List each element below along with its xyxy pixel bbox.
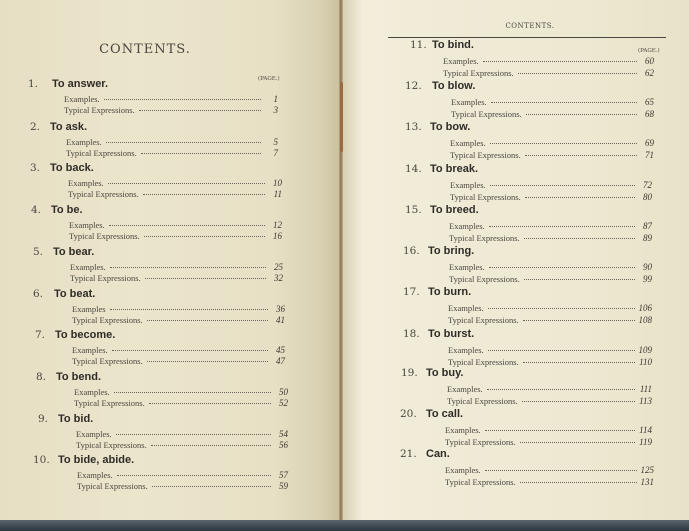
- examples-line[interactable]: Examples. 114: [445, 425, 652, 435]
- typical-expressions-line[interactable]: Typical Expressions. 108: [448, 315, 652, 325]
- examples-label: Examples.: [448, 303, 484, 313]
- typical-expressions-label: Typical Expressions.: [74, 398, 145, 408]
- entry-number: 19.: [401, 367, 426, 379]
- examples-label: Examples.: [443, 56, 479, 66]
- dot-leader: [117, 475, 271, 476]
- entry-number: 1.: [28, 78, 52, 90]
- entry-title[interactable]: To ask.: [50, 121, 87, 133]
- dot-leader: [149, 403, 271, 404]
- entry-number: 15.: [405, 204, 430, 216]
- examples-label: Examples.: [448, 345, 484, 355]
- dot-leader: [152, 486, 271, 487]
- entry-number: 17.: [403, 286, 428, 298]
- dot-leader: [106, 142, 261, 143]
- examples-line[interactable]: Examples. 60: [443, 56, 654, 66]
- typical-expressions-label: Typical Expressions.: [76, 440, 147, 450]
- entry-title[interactable]: To bind.: [432, 39, 474, 51]
- entry-number: 5.: [33, 246, 53, 258]
- dot-leader: [523, 362, 635, 363]
- typical-expressions-line[interactable]: Typical Expressions. 131: [445, 477, 654, 487]
- examples-line[interactable]: Examples. 87: [449, 221, 652, 231]
- dot-leader: [143, 194, 265, 195]
- examples-line[interactable]: Examples. 10: [68, 178, 282, 188]
- dot-leader: [483, 61, 637, 62]
- examples-label: Examples.: [450, 138, 486, 148]
- examples-label: Examples.: [445, 425, 481, 435]
- dot-leader: [526, 114, 637, 115]
- examples-page-number: 109: [638, 345, 652, 355]
- typical-expressions-page-number: 131: [640, 477, 654, 487]
- entry-title[interactable]: To beat.: [54, 288, 95, 300]
- dot-leader: [114, 392, 271, 393]
- typical-expressions-page-number: 56: [274, 440, 288, 450]
- typical-expressions-line[interactable]: Typical Expressions. 68: [451, 109, 654, 119]
- typical-expressions-line[interactable]: Typical Expressions. 71: [450, 150, 654, 160]
- entry-number: 6.: [33, 288, 54, 300]
- examples-label: Examples.: [68, 178, 104, 188]
- typical-expressions-line[interactable]: Typical Expressions. 62: [443, 68, 654, 78]
- typical-expressions-line[interactable]: Typical Expressions. 11: [68, 189, 282, 199]
- dot-leader: [110, 267, 266, 268]
- typical-expressions-line[interactable]: Typical Expressions. 56: [76, 440, 288, 450]
- typical-expressions-line[interactable]: Typical Expressions. 59: [77, 481, 288, 491]
- examples-page-number: 87: [638, 221, 652, 231]
- examples-line[interactable]: Examples. 106: [448, 303, 652, 313]
- entry-title[interactable]: To bear.: [53, 246, 94, 258]
- entry-title[interactable]: To become.: [55, 329, 115, 341]
- examples-page-number: 50: [274, 387, 288, 397]
- typical-expressions-line[interactable]: Typical Expressions. 99: [449, 274, 652, 284]
- examples-page-number: 90: [638, 262, 652, 272]
- dot-leader: [116, 434, 271, 435]
- typical-expressions-page-number: 108: [638, 315, 652, 325]
- toc-entry: 10. To bide, abide.: [33, 454, 134, 466]
- entry-title[interactable]: Can.: [426, 448, 450, 460]
- dot-leader: [145, 278, 266, 279]
- examples-line[interactable]: Examples 36: [72, 304, 285, 314]
- examples-page-number: 72: [638, 180, 652, 190]
- toc-entry: 5. To bear.: [33, 246, 94, 258]
- dot-leader: [147, 320, 268, 321]
- dot-leader: [524, 238, 635, 239]
- typical-expressions-page-number: 71: [640, 150, 654, 160]
- dot-leader: [141, 153, 261, 154]
- typical-expressions-label: Typical Expressions.: [449, 274, 520, 284]
- entry-title[interactable]: To burst.: [428, 328, 474, 340]
- entry-title[interactable]: To call.: [426, 408, 463, 420]
- examples-page-number: 111: [638, 384, 652, 394]
- running-header: CONTENTS.: [385, 22, 675, 30]
- toc-entry: 16. To bring.: [403, 245, 474, 257]
- dot-leader: [104, 99, 261, 100]
- dot-leader: [520, 442, 635, 443]
- examples-label: Examples.: [450, 180, 486, 190]
- examples-label: Examples.: [449, 262, 485, 272]
- examples-page-number: 5: [264, 137, 278, 147]
- examples-page-number: 1: [264, 94, 278, 104]
- dot-leader: [491, 102, 637, 103]
- examples-line[interactable]: Examples. 1: [64, 94, 278, 104]
- examples-line[interactable]: Examples. 54: [76, 429, 288, 439]
- entry-number: 14.: [405, 163, 430, 175]
- toc-entry: 20. To call.: [400, 408, 463, 420]
- examples-line[interactable]: Examples. 50: [74, 387, 288, 397]
- typical-expressions-page-number: 99: [638, 274, 652, 284]
- examples-page-number: 54: [274, 429, 288, 439]
- entry-number: 8.: [36, 371, 56, 383]
- examples-label: Examples: [72, 304, 106, 314]
- examples-label: Examples.: [64, 94, 100, 104]
- entry-title[interactable]: To answer.: [52, 78, 108, 90]
- toc-entry: 14. To break.: [405, 163, 478, 175]
- toc-entry: 19. To buy.: [401, 367, 463, 379]
- typical-expressions-label: Typical Expressions.: [72, 315, 143, 325]
- toc-entry: 21. Can.: [400, 448, 450, 460]
- toc-entry: 4. To be.: [31, 204, 83, 216]
- typical-expressions-page-number: 3: [264, 105, 278, 115]
- dot-leader: [112, 350, 268, 351]
- toc-entry: 18. To burst.: [403, 328, 474, 340]
- entry-number: 13.: [405, 121, 430, 133]
- dot-leader: [139, 110, 261, 111]
- examples-line[interactable]: Examples. 12: [69, 220, 282, 230]
- examples-line[interactable]: Examples. 125: [445, 465, 654, 475]
- entry-title[interactable]: To bid.: [58, 413, 93, 425]
- examples-line[interactable]: Examples. 45: [72, 345, 285, 355]
- typical-expressions-page-number: 80: [638, 192, 652, 202]
- typical-expressions-line[interactable]: Typical Expressions. 32: [70, 273, 283, 283]
- typical-expressions-line[interactable]: Typical Expressions. 7: [66, 148, 278, 158]
- typical-expressions-page-number: 110: [638, 357, 652, 367]
- typical-expressions-label: Typical Expressions.: [66, 148, 137, 158]
- examples-label: Examples.: [449, 221, 485, 231]
- examples-page-number: 10: [268, 178, 282, 188]
- typical-expressions-label: Typical Expressions.: [69, 231, 140, 241]
- entry-title[interactable]: To breed.: [430, 204, 479, 216]
- toc-entry: 12. To blow.: [405, 80, 475, 92]
- examples-line[interactable]: Examples. 72: [450, 180, 652, 190]
- typical-expressions-page-number: 89: [638, 233, 652, 243]
- dot-leader: [487, 389, 635, 390]
- entry-number: 9.: [38, 413, 58, 425]
- background-surface: [0, 520, 689, 531]
- examples-line[interactable]: Examples. 25: [70, 262, 283, 272]
- typical-expressions-page-number: 68: [640, 109, 654, 119]
- typical-expressions-label: Typical Expressions.: [445, 477, 516, 487]
- examples-label: Examples.: [69, 220, 105, 230]
- entry-title[interactable]: To break.: [430, 163, 478, 175]
- dot-leader: [488, 308, 635, 309]
- entry-title[interactable]: To back.: [50, 162, 94, 174]
- toc-entry: 1. To answer.: [28, 78, 108, 90]
- toc-entry: 9. To bid.: [38, 413, 93, 425]
- typical-expressions-page-number: 119: [638, 437, 652, 447]
- dot-leader: [109, 225, 265, 226]
- examples-page-number: 114: [638, 425, 652, 435]
- examples-page-number: 106: [638, 303, 652, 313]
- entry-number: 20.: [400, 408, 426, 420]
- typical-expressions-page-number: 7: [264, 148, 278, 158]
- entry-number: 7.: [35, 329, 55, 341]
- examples-label: Examples.: [445, 465, 481, 475]
- page-column-label: (PAGE.): [258, 76, 280, 82]
- page-title: CONTENTS.: [0, 42, 290, 57]
- examples-line[interactable]: Examples. 57: [77, 470, 288, 480]
- entry-number: 11.: [410, 39, 432, 51]
- examples-page-number: 60: [640, 56, 654, 66]
- toc-entry: 7. To become.: [35, 329, 115, 341]
- typical-expressions-label: Typical Expressions.: [64, 105, 135, 115]
- typical-expressions-label: Typical Expressions.: [70, 273, 141, 283]
- typical-expressions-page-number: 59: [274, 481, 288, 491]
- entry-number: 21.: [400, 448, 426, 460]
- typical-expressions-line[interactable]: Typical Expressions. 3: [64, 105, 278, 115]
- examples-label: Examples.: [447, 384, 483, 394]
- examples-line[interactable]: Examples. 109: [448, 345, 652, 355]
- typical-expressions-line[interactable]: Typical Expressions. 41: [72, 315, 285, 325]
- toc-entry: 2. To ask.: [30, 121, 87, 133]
- dot-leader: [520, 482, 637, 483]
- typical-expressions-label: Typical Expressions.: [448, 315, 519, 325]
- examples-label: Examples.: [76, 429, 112, 439]
- examples-label: Examples.: [72, 345, 108, 355]
- typical-expressions-line[interactable]: Typical Expressions. 47: [72, 356, 285, 366]
- typical-expressions-label: Typical Expressions.: [77, 481, 148, 491]
- typical-expressions-line[interactable]: Typical Expressions. 89: [449, 233, 652, 243]
- dot-leader: [485, 470, 637, 471]
- dot-leader: [110, 309, 268, 310]
- typical-expressions-page-number: 11: [268, 189, 282, 199]
- examples-label: Examples.: [66, 137, 102, 147]
- dot-leader: [490, 185, 635, 186]
- typical-expressions-page-number: 52: [274, 398, 288, 408]
- toc-entry: 8. To bend.: [36, 371, 101, 383]
- typical-expressions-line[interactable]: Typical Expressions. 113: [447, 396, 652, 406]
- typical-expressions-label: Typical Expressions.: [443, 68, 514, 78]
- typical-expressions-line[interactable]: Typical Expressions. 16: [69, 231, 282, 241]
- entry-number: 12.: [405, 80, 432, 92]
- entry-title[interactable]: To bide, abide.: [58, 454, 134, 466]
- toc-entry: 3. To back.: [30, 162, 94, 174]
- dot-leader: [144, 236, 265, 237]
- entry-number: 10.: [33, 454, 58, 466]
- examples-label: Examples.: [70, 262, 106, 272]
- entry-number: 2.: [30, 121, 50, 133]
- dot-leader: [490, 143, 637, 144]
- dot-leader: [489, 267, 635, 268]
- dot-leader: [488, 350, 635, 351]
- examples-line[interactable]: Examples. 111: [447, 384, 652, 394]
- book-gutter: [339, 0, 343, 526]
- typical-expressions-line[interactable]: Typical Expressions. 119: [445, 437, 652, 447]
- typical-expressions-page-number: 113: [638, 396, 652, 406]
- examples-page-number: 12: [268, 220, 282, 230]
- typical-expressions-page-number: 47: [271, 356, 285, 366]
- entry-number: 16.: [403, 245, 428, 257]
- toc-entry: 15. To breed.: [405, 204, 479, 216]
- entry-number: 18.: [403, 328, 428, 340]
- examples-page-number: 69: [640, 138, 654, 148]
- examples-label: Examples.: [74, 387, 110, 397]
- dot-leader: [522, 401, 635, 402]
- dot-leader: [525, 197, 635, 198]
- examples-line[interactable]: Examples. 5: [66, 137, 278, 147]
- examples-page-number: 125: [640, 465, 654, 475]
- examples-label: Examples.: [77, 470, 113, 480]
- toc-entry: 13. To bow.: [405, 121, 470, 133]
- typical-expressions-label: Typical Expressions.: [448, 357, 519, 367]
- entry-title[interactable]: To be.: [51, 204, 83, 216]
- toc-entry: 17. To burn.: [403, 286, 471, 298]
- typical-expressions-page-number: 41: [271, 315, 285, 325]
- book-spread: CONTENTS. (PAGE.) CONTENTS. (PAGE.) 1. T…: [0, 0, 689, 531]
- dot-leader: [518, 73, 637, 74]
- entry-title[interactable]: To buy.: [426, 367, 463, 379]
- entry-number: 4.: [31, 204, 51, 216]
- typical-expressions-label: Typical Expressions.: [447, 396, 518, 406]
- dot-leader: [485, 430, 635, 431]
- page-column-label: (PAGE.): [638, 48, 660, 54]
- typical-expressions-label: Typical Expressions.: [449, 233, 520, 243]
- dot-leader: [525, 155, 637, 156]
- binding-thread: [340, 82, 343, 152]
- entry-title[interactable]: To bend.: [56, 371, 101, 383]
- examples-line[interactable]: Examples. 69: [450, 138, 654, 148]
- examples-line[interactable]: Examples. 65: [451, 97, 654, 107]
- entry-title[interactable]: To bring.: [428, 245, 474, 257]
- typical-expressions-line[interactable]: Typical Expressions. 110: [448, 357, 652, 367]
- dot-leader: [524, 279, 635, 280]
- entry-title[interactable]: To bow.: [430, 121, 470, 133]
- entry-title[interactable]: To burn.: [428, 286, 471, 298]
- toc-entry: 6. To beat.: [33, 288, 95, 300]
- typical-expressions-page-number: 16: [268, 231, 282, 241]
- typical-expressions-label: Typical Expressions.: [451, 109, 522, 119]
- dot-leader: [147, 361, 268, 362]
- typical-expressions-label: Typical Expressions.: [72, 356, 143, 366]
- examples-page-number: 25: [269, 262, 283, 272]
- examples-page-number: 36: [271, 304, 285, 314]
- typical-expressions-label: Typical Expressions.: [450, 150, 521, 160]
- dot-leader: [489, 226, 635, 227]
- examples-label: Examples.: [451, 97, 487, 107]
- typical-expressions-label: Typical Expressions.: [450, 192, 521, 202]
- typical-expressions-page-number: 32: [269, 273, 283, 283]
- dot-leader: [151, 445, 271, 446]
- typical-expressions-line[interactable]: Typical Expressions. 80: [450, 192, 652, 202]
- entry-title[interactable]: To blow.: [432, 80, 475, 92]
- entry-number: 3.: [30, 162, 50, 174]
- examples-line[interactable]: Examples. 90: [449, 262, 652, 272]
- typical-expressions-line[interactable]: Typical Expressions. 52: [74, 398, 288, 408]
- dot-leader: [523, 320, 635, 321]
- typical-expressions-page-number: 62: [640, 68, 654, 78]
- examples-page-number: 45: [271, 345, 285, 355]
- toc-entry: 11. To bind.: [410, 39, 474, 51]
- typical-expressions-label: Typical Expressions.: [68, 189, 139, 199]
- examples-page-number: 65: [640, 97, 654, 107]
- header-rule: [388, 37, 666, 38]
- typical-expressions-label: Typical Expressions.: [445, 437, 516, 447]
- examples-page-number: 57: [274, 470, 288, 480]
- dot-leader: [108, 183, 265, 184]
